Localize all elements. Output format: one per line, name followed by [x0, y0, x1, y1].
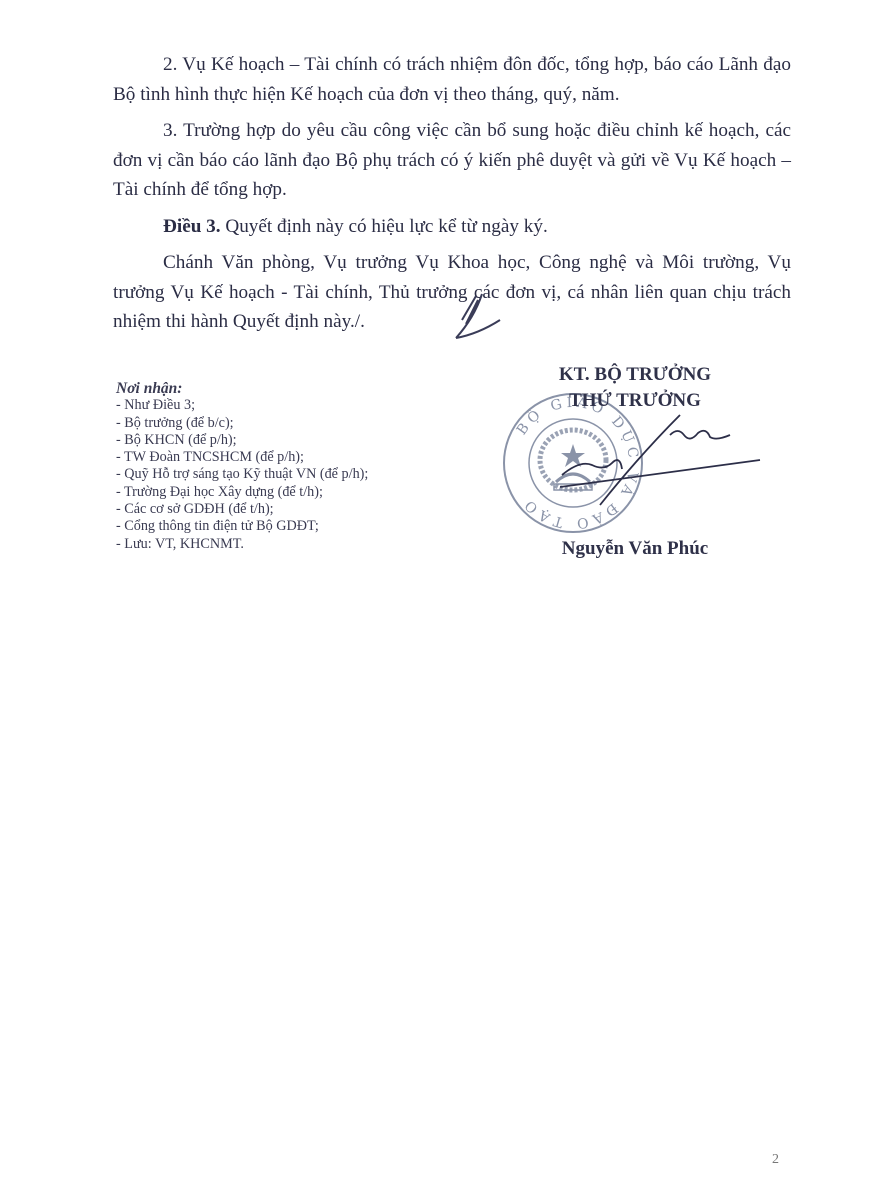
- signature-icon: [560, 405, 770, 515]
- recipient-item: - Như Điều 3;: [116, 397, 368, 414]
- recipient-item: - Quỹ Hỗ trợ sáng tạo Kỹ thuật VN (để p/…: [116, 466, 368, 483]
- recipient-item: - Lưu: VT, KHCNMT.: [116, 536, 368, 553]
- signer-name: Nguyễn Văn Phúc: [500, 536, 770, 562]
- article-3-label: Điều 3.: [163, 216, 221, 237]
- article-3: Điều 3. Quyết định này có hiệu lực kể từ…: [113, 212, 791, 242]
- recipients-title: Nơi nhận:: [116, 380, 368, 397]
- signer-title: KT. BỘ TRƯỞNG: [500, 362, 770, 388]
- signature-block: KT. BỘ TRƯỞNG THỨ TRƯỞNG Nguyễn Văn Phúc: [500, 362, 770, 414]
- page-number: 2: [772, 1152, 779, 1168]
- recipient-item: - Cổng thông tin điện tử Bộ GDĐT;: [116, 518, 368, 535]
- recipients-list: Nơi nhận: - Như Điều 3;- Bộ trưởng (để b…: [116, 380, 368, 553]
- recipient-item: - Các cơ sở GDĐH (để t/h);: [116, 501, 368, 518]
- recipient-item: - Bộ trưởng (để b/c);: [116, 415, 368, 432]
- recipient-item: - TW Đoàn TNCSHCM (để p/h);: [116, 449, 368, 466]
- signer-position: THỨ TRƯỞNG: [500, 388, 770, 414]
- recipient-item: - Trường Đại học Xây dựng (để t/h);: [116, 484, 368, 501]
- recipient-item: - Bộ KHCN (để p/h);: [116, 432, 368, 449]
- paragraph-2: 2. Vụ Kế hoạch – Tài chính có trách nhiệ…: [113, 50, 791, 109]
- paragraph-3: 3. Trường hợp do yêu cầu công việc cần b…: [113, 116, 791, 205]
- initial-mark-icon: [448, 290, 508, 342]
- article-3-text: Quyết định này có hiệu lực kể từ ngày ký…: [221, 216, 548, 237]
